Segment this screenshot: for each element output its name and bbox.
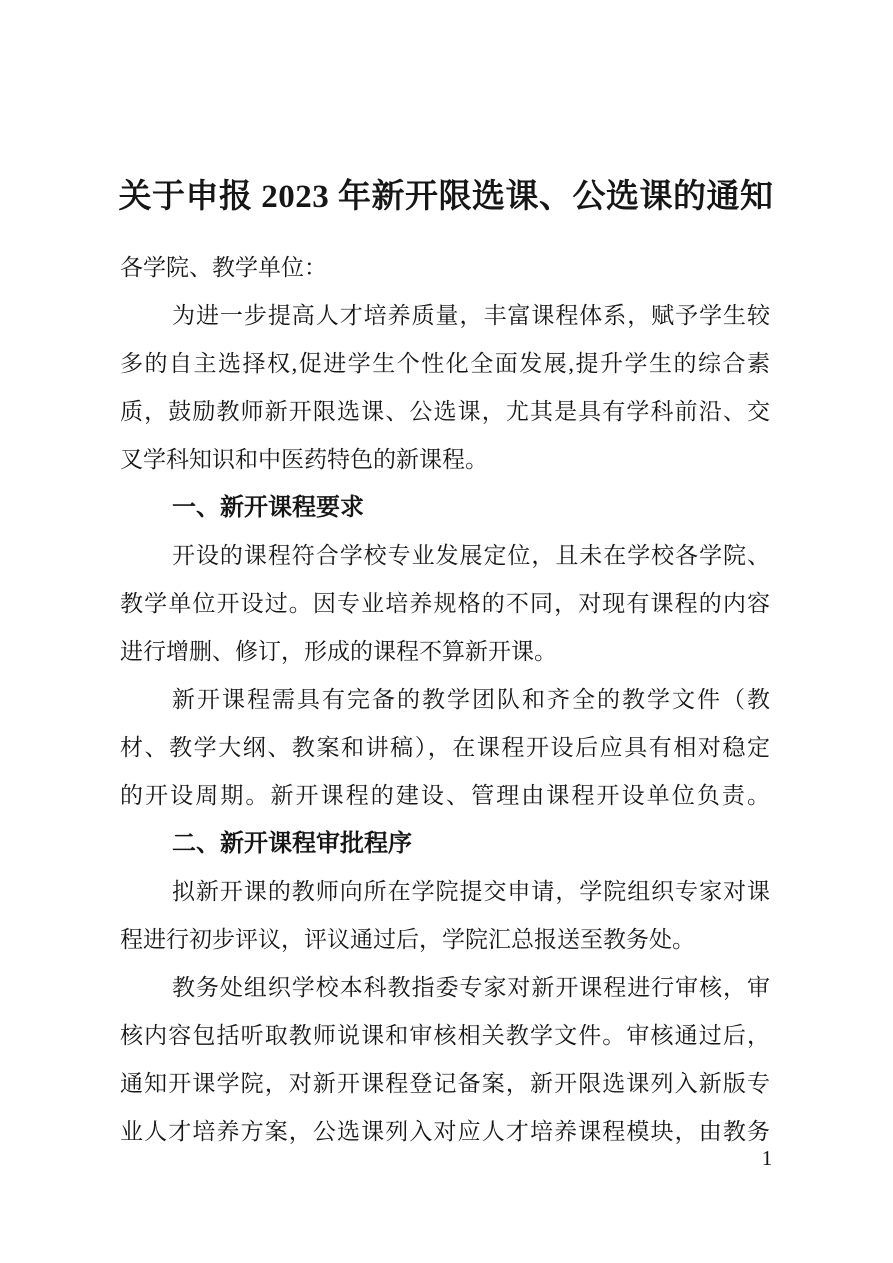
doc-line: 通知开课学院，对新开课程登记备案，新开限选课列入新版专 (120, 1060, 770, 1108)
document-page: 关于申报 2023 年新开限选课、公选课的通知 各学院、教学单位： 为进一步提高… (0, 0, 893, 1263)
doc-line: 材、教学大纲、教案和讲稿），在课程开设后应具有相对稳定 (120, 724, 770, 772)
doc-line: 叉学科知识和中医药特色的新课程。 (120, 436, 770, 484)
doc-line: 拟新开课的教师向所在学院提交申请，学院组织专家对课 (120, 868, 770, 916)
doc-line: 多的自主选择权,促进学生个性化全面发展,提升学生的综合素 (120, 340, 770, 388)
doc-line: 开设的课程符合学校专业发展定位，且未在学校各学院、 (120, 532, 770, 580)
doc-line: 质，鼓励教师新开限选课、公选课，尤其是具有学科前沿、交 (120, 388, 770, 436)
doc-line: 核内容包括听取教师说课和审核相关教学文件。审核通过后， (120, 1012, 770, 1060)
doc-line: 教学单位开设过。因专业培养规格的不同，对现有课程的内容 (120, 580, 770, 628)
document-body-lines: 为进一步提高人才培养质量，丰富课程体系，赋予学生较多的自主选择权,促进学生个性化… (120, 292, 770, 1156)
page-number: 1 (752, 1143, 782, 1173)
doc-line: 进行增删、修订，形成的课程不算新开课。 (120, 628, 770, 676)
section-heading: 一、新开课程要求 (120, 484, 770, 532)
doc-line: 为进一步提高人才培养质量，丰富课程体系，赋予学生较 (120, 292, 770, 340)
salutation: 各学院、教学单位： (120, 244, 770, 292)
doc-line: 业人才培养方案，公选课列入对应人才培养课程模块，由教务 (120, 1108, 770, 1156)
doc-line: 新开课程需具有完备的教学团队和齐全的教学文件（教 (120, 676, 770, 724)
document-body: 各学院、教学单位： 为进一步提高人才培养质量，丰富课程体系，赋予学生较多的自主选… (120, 244, 770, 1156)
section-heading: 二、新开课程审批程序 (120, 820, 770, 868)
doc-line: 的开设周期。新开课程的建设、管理由课程开设单位负责。 (120, 772, 770, 820)
doc-line: 程进行初步评议，评议通过后，学院汇总报送至教务处。 (120, 916, 770, 964)
doc-line: 教务处组织学校本科教指委专家对新开课程进行审核，审 (120, 964, 770, 1012)
document-title: 关于申报 2023 年新开限选课、公选课的通知 (118, 170, 774, 224)
